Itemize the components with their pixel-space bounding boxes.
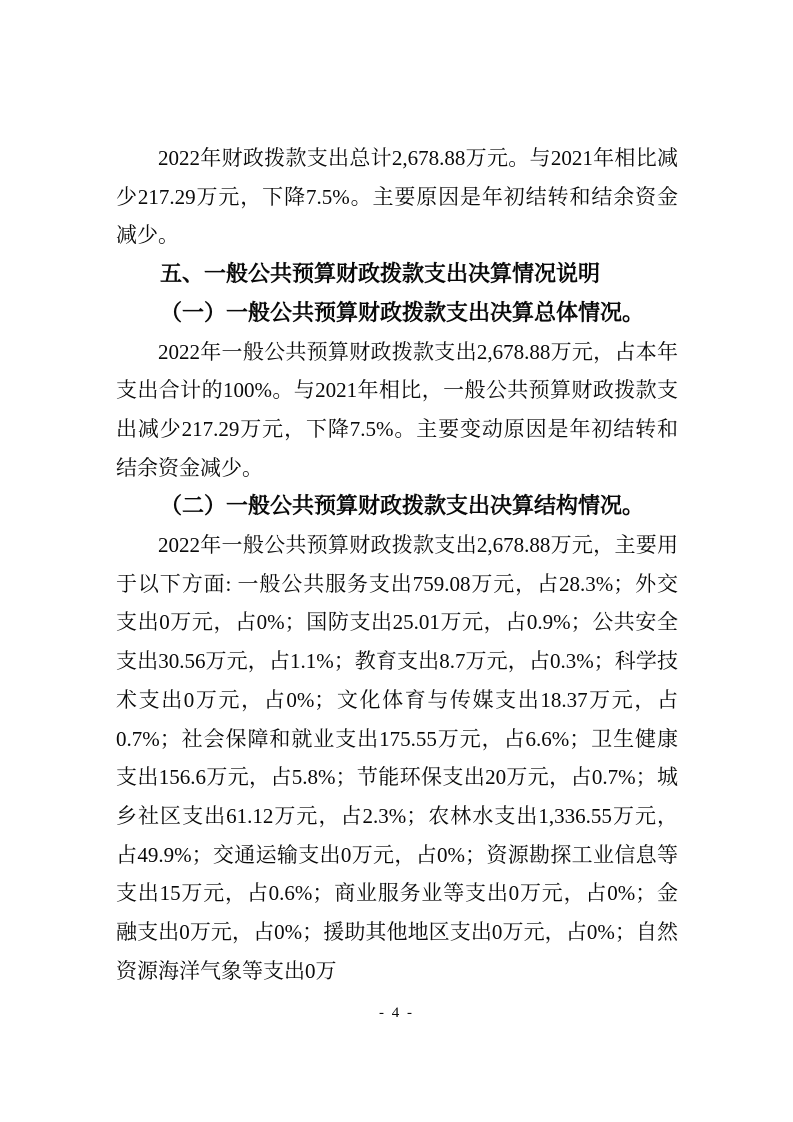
document-body: 2022年财政拨款支出总计2,678.88万元。与2021年相比减少217.29… — [116, 139, 678, 990]
paragraph-expenditure-structure-breakdown: 2022年一般公共预算财政拨款支出2,678.88万元，主要用于以下方面: 一般… — [116, 526, 678, 990]
sub-heading-two-structure-situation: （二）一般公共预算财政拨款支出决算结构情况。 — [116, 487, 678, 526]
section-heading-five: 五、一般公共预算财政拨款支出决算情况说明 — [116, 255, 678, 294]
document-page: 2022年财政拨款支出总计2,678.88万元。与2021年相比减少217.29… — [0, 0, 793, 1122]
page-number: - 4 - — [0, 1005, 793, 1022]
paragraph-general-budget-overall: 2022年一般公共预算财政拨款支出2,678.88万元，占本年支出合计的100%… — [116, 333, 678, 488]
paragraph-fiscal-expenditure-total: 2022年财政拨款支出总计2,678.88万元。与2021年相比减少217.29… — [116, 139, 678, 255]
sub-heading-one-overall-situation: （一）一般公共预算财政拨款支出决算总体情况。 — [116, 294, 678, 333]
